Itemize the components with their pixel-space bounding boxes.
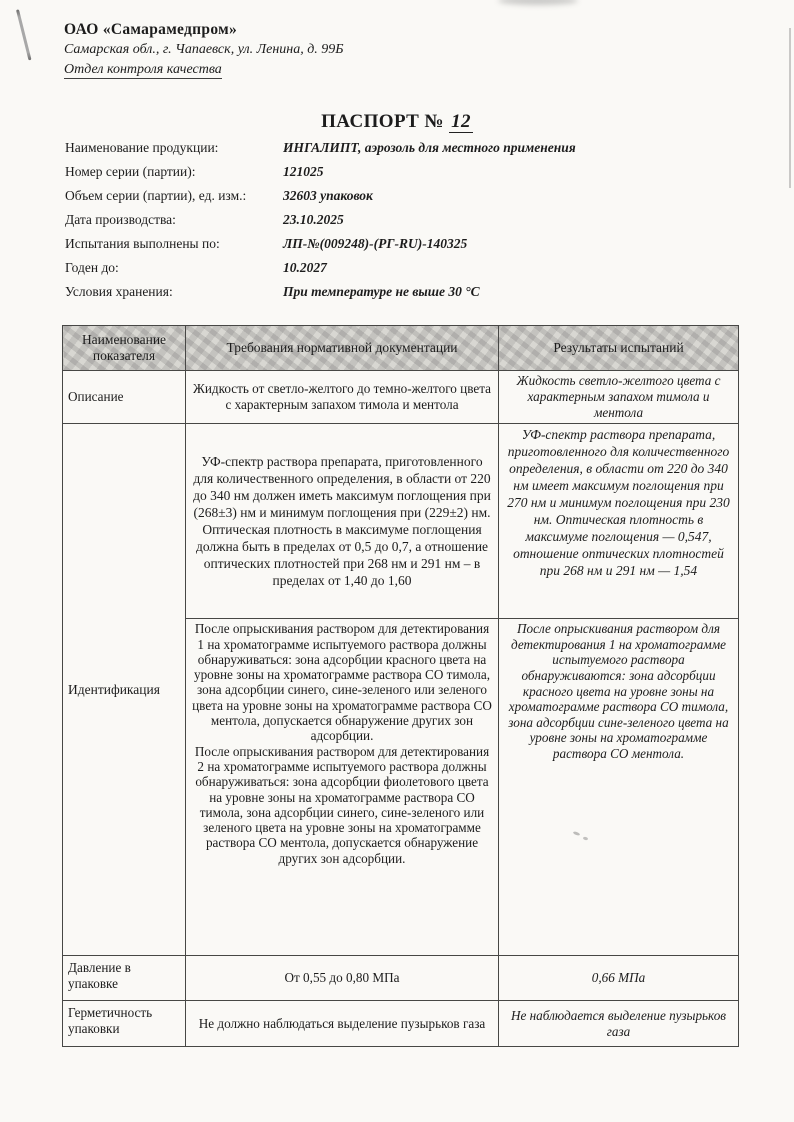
document-number: 12	[449, 111, 473, 133]
company-address: Самарская обл., г. Чапаевск, ул. Ленина,…	[64, 41, 344, 59]
field-label: Годен до:	[65, 260, 283, 276]
field-value: ЛП-№(009248)-(РГ-RU)-140325	[283, 236, 467, 252]
description-result: Жидкость светло-желтого цвета с характер…	[499, 371, 739, 424]
company-department: Отдел контроля качества	[64, 61, 222, 80]
field-label: Дата производства:	[65, 212, 283, 228]
field-value: 23.10.2025	[283, 212, 344, 228]
indicator-description: Описание	[63, 371, 186, 424]
scan-smudge	[498, 0, 578, 5]
field-label: Номер серии (партии):	[65, 164, 283, 180]
tlc-requirement-detection-1: После опрыскивания раствором для детекти…	[191, 621, 493, 743]
field-label: Условия хранения:	[65, 284, 283, 300]
scanned-passport-page: ОАО «Самарамедпром» Самарская обл., г. Ч…	[0, 0, 794, 1122]
field-value: 121025	[283, 164, 324, 180]
document-title: ПАСПОРТ № 12	[0, 111, 794, 133]
field-label: Испытания выполнены по:	[65, 236, 283, 252]
field-tested-per: Испытания выполнены по: ЛП-№(009248)-(РГ…	[65, 232, 725, 256]
scan-pen-mark	[16, 9, 31, 60]
company-name: ОАО «Самарамедпром»	[64, 20, 344, 39]
tightness-requirement: Не должно наблюдаться выделение пузырько…	[186, 1001, 499, 1047]
field-series-volume: Объем серии (партии), ед. изм.: 32603 уп…	[65, 184, 725, 208]
table-row-description: Описание Жидкость от светло-желтого до т…	[63, 371, 739, 424]
tlc-requirement-detection-2: После опрыскивания раствором для детекти…	[191, 744, 493, 866]
tlc-requirement: После опрыскивания раствором для детекти…	[186, 619, 499, 956]
field-label: Наименование продукции:	[65, 140, 283, 156]
table-row-pressure: Давление в упаковке От 0,55 до 0,80 МПа …	[63, 956, 739, 1001]
table-header-row: Наименование показателя Требования норма…	[63, 326, 739, 371]
header-test-results: Результаты испытаний	[499, 326, 739, 371]
scan-edge-line	[789, 28, 791, 188]
field-value: 10.2027	[283, 260, 327, 276]
indicator-pressure: Давление в упаковке	[63, 956, 186, 1001]
uv-spectrum-requirement: УФ-спектр раствора препарата, приготовле…	[186, 424, 499, 619]
field-storage-conditions: Условия хранения: При температуре не выш…	[65, 280, 725, 304]
indicator-tightness: Герметичность упаковки	[63, 1001, 186, 1047]
field-product-name: Наименование продукции: ИНГАЛИПТ, аэрозо…	[65, 136, 725, 160]
field-value: При температуре не выше 30 °C	[283, 284, 480, 300]
field-value: 32603 упаковок	[283, 188, 373, 204]
specification-table: Наименование показателя Требования норма…	[62, 325, 739, 1047]
field-value: ИНГАЛИПТ, аэрозоль для местного применен…	[283, 140, 576, 156]
field-expiry-date: Годен до: 10.2027	[65, 256, 725, 280]
description-requirement: Жидкость от светло-желтого до темно-желт…	[186, 371, 499, 424]
table-row-identification-uv: Идентификация УФ-спектр раствора препара…	[63, 424, 739, 619]
table-row-tightness: Герметичность упаковки Не должно наблюда…	[63, 1001, 739, 1047]
field-label: Объем серии (партии), ед. изм.:	[65, 188, 283, 204]
letterhead: ОАО «Самарамедпром» Самарская обл., г. Ч…	[64, 20, 344, 79]
pressure-requirement: От 0,55 до 0,80 МПа	[186, 956, 499, 1001]
passport-fields: Наименование продукции: ИНГАЛИПТ, аэрозо…	[65, 136, 725, 304]
document-title-label: ПАСПОРТ №	[321, 111, 444, 132]
header-indicator-name: Наименование показателя	[63, 326, 186, 371]
tlc-result: После опрыскивания раствором для детекти…	[499, 619, 739, 956]
pressure-result: 0,66 МПа	[499, 956, 739, 1001]
field-series-number: Номер серии (партии): 121025	[65, 160, 725, 184]
field-production-date: Дата производства: 23.10.2025	[65, 208, 725, 232]
indicator-identification: Идентификация	[63, 424, 186, 956]
uv-spectrum-result: УФ-спектр раствора препарата, приготовле…	[499, 424, 739, 619]
header-requirements: Требования нормативной документации	[186, 326, 499, 371]
tightness-result: Не наблюдается выделение пузырьков газа	[499, 1001, 739, 1047]
